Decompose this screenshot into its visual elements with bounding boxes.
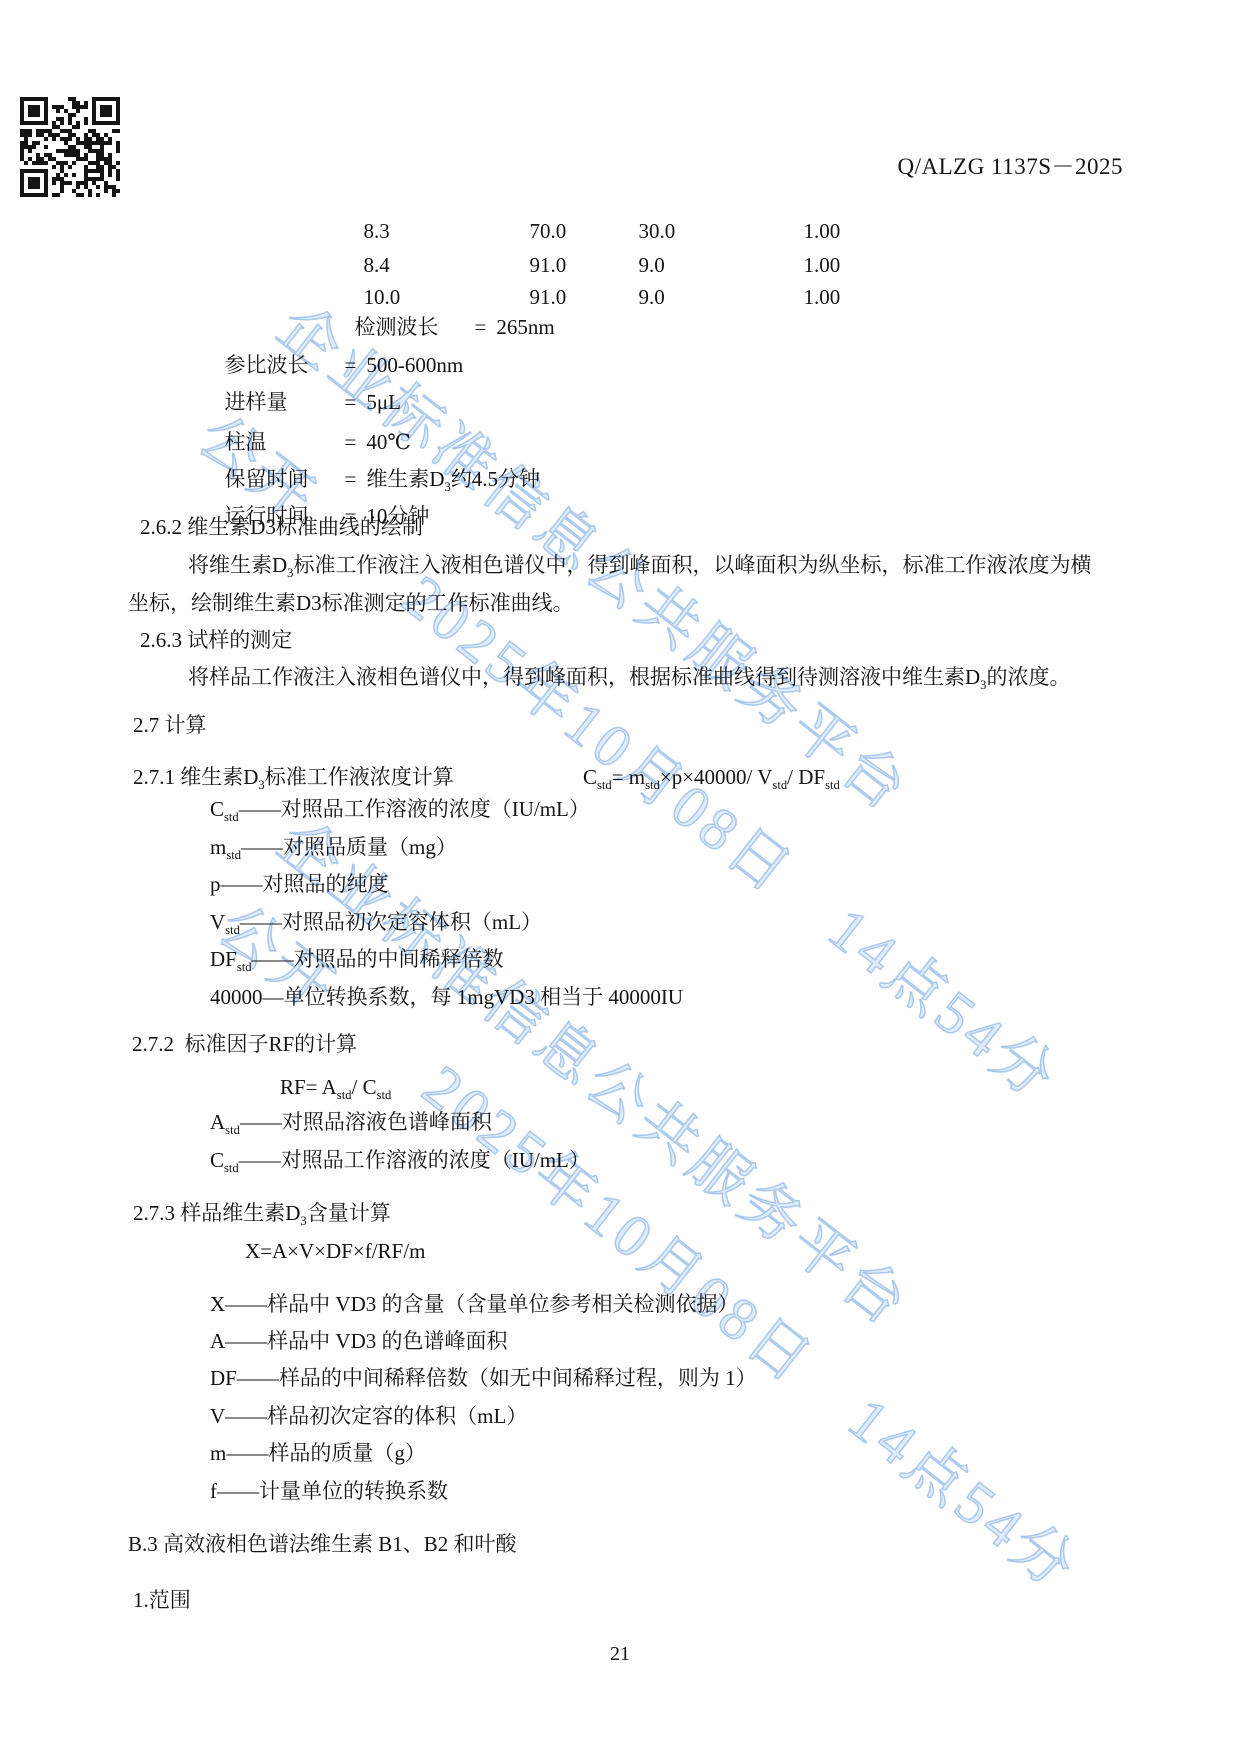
section-heading-271: 2.7.1 维生素D3标准工作液浓度计算 — [133, 765, 454, 789]
page-number: 21 — [0, 1643, 1240, 1666]
definition-line: X——样品中 VD3 的含量（含量单位参考相关检测依据） — [210, 1292, 739, 1316]
section-heading-27: 2.7 计算 — [133, 713, 207, 737]
paragraph: 将样品工作液注入液相色谱仪中，得到峰面积，根据标准曲线得到待测溶液中维生素D3的… — [188, 665, 1070, 689]
definition-line: A——样品中 VD3 的色谱峰面积 — [210, 1329, 508, 1353]
formula-x: X=A×V×DF×f/RF/m — [245, 1239, 425, 1263]
section-heading-273: 2.7.3 样品维生素D3含量计算 — [133, 1201, 391, 1225]
formula-cstd: Cstd= mstd×p×40000/ Vstd/ DFstd — [583, 765, 840, 789]
section-heading-263: 2.6.3 试样的测定 — [140, 628, 292, 652]
definition-line: m——样品的质量（g） — [210, 1441, 426, 1465]
definition-line: f——计量单位的转换系数 — [210, 1479, 448, 1503]
definition-line: Cstd——对照品工作溶液的浓度（IU/mL） — [210, 797, 590, 821]
definition-line: V——样品初次定容的体积（mL） — [210, 1404, 527, 1428]
definition-line: p——对照品的纯度 — [210, 872, 389, 896]
section-heading-262: 2.6.2 维生素D3标准曲线的绘制 — [140, 515, 423, 539]
definition-line: Vstd——对照品初次定容体积（mL） — [210, 910, 542, 934]
definition-line: 40000—单位转换系数，每 1mgVD3 相当于 40000IU — [210, 985, 683, 1009]
doc-number: Q/ALZG 1137S－2025 — [897, 148, 1123, 181]
paragraph: 将维生素D3标准工作液注入液相色谱仪中，得到峰面积，以峰面积为纵坐标，标准工作液… — [188, 553, 1091, 577]
formula-rf: RF= Astd/ Cstd — [280, 1075, 391, 1099]
paragraph: 坐标，绘制维生素D3标准测定的工作标准曲线。 — [128, 591, 574, 615]
section-heading-scope: 1.范围 — [133, 1588, 191, 1612]
section-heading-272: 2.7.2 标准因子RF的计算 — [132, 1032, 357, 1056]
definition-line: Astd——对照品溶液色谱峰面积 — [210, 1110, 492, 1134]
definition-line: DF——样品的中间稀释倍数（如无中间稀释过程，则为 1） — [210, 1366, 757, 1390]
definition-line: mstd——对照品质量（mg） — [210, 835, 457, 859]
qr-code — [20, 93, 120, 201]
param-value: 265nm — [496, 315, 554, 339]
table-cell: 9.0 — [639, 285, 804, 309]
document-page: 企业标准信息公共服务平台 公开 2025年10月08日 14点54分 企业标准信… — [0, 0, 1240, 1753]
equals-sign: = — [475, 315, 487, 339]
definition-line: Cstd——对照品工作溶液的浓度（IU/mL） — [210, 1148, 590, 1172]
section-heading-b3: B.3 高效液相色谱法维生素 B1、B2 和叶酸 — [128, 1532, 517, 1556]
table-cell: 1.00 — [804, 285, 841, 309]
definition-line: DFstd——对照品的中间稀释倍数 — [210, 947, 504, 971]
